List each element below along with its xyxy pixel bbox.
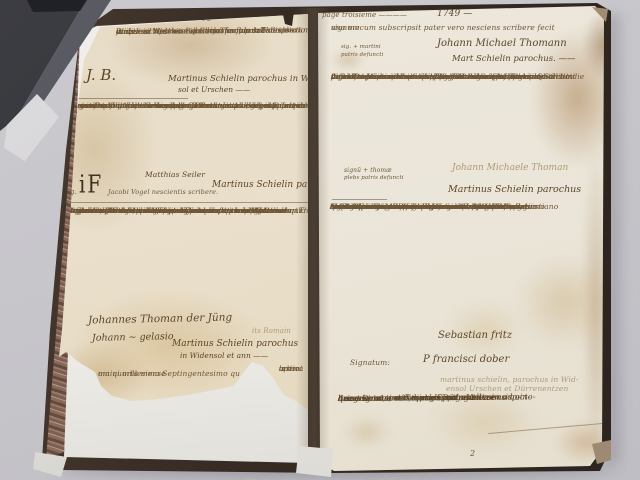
right-dober-signature: P francisci dober	[423, 354, 509, 365]
entry-divider	[68, 202, 308, 203]
manuscript-line: omnes una mecum subscripserunt	[68, 206, 202, 215]
left-witness1-signature: Johannes Thoman der Jüng	[88, 311, 232, 326]
entry-divider	[76, 98, 188, 99]
left-sig-note: Jacobi Vogel nescientis scribere.	[108, 188, 218, 196]
right-witness-signature: Sebastian fritz	[438, 330, 512, 341]
right-year-heading: 1749 —	[437, 9, 472, 19]
left-entry1-parson2: sol et Urschen ——	[178, 85, 250, 94]
manuscript-line: ter defuncti nesciens scribere fecit sig…	[331, 72, 511, 81]
right-entry2-parson: Martinus Schielin parochus	[448, 184, 581, 195]
manuscript-line: is	[279, 365, 285, 374]
left-witness2-signature: Johann ~ gelasio	[92, 331, 174, 344]
manuscript-line: et ipse scripsi ac subscripsi in fidem T…	[116, 25, 294, 36]
right-entry2-sig-small1: signū + thomæ	[344, 167, 392, 174]
manuscript-line: una mecum subscripsit pater vero nescien…	[331, 23, 555, 32]
stain	[515, 255, 615, 350]
left-entry2-witness: Matthias Seiler	[145, 170, 205, 179]
manuscript-line: ma quarta mense	[98, 369, 166, 378]
right-signatum-label: Signatum:	[350, 358, 390, 367]
left-entry1-flourish: J. B.	[86, 66, 116, 84]
manuscript-line: entzen qui una mecum subscripserunt	[72, 101, 221, 110]
manuscript-photo: anno 1748 amissi in coemeterio Ecclesiae…	[0, 0, 640, 480]
right-entry2-faded-signature: Johann Michaele Thoman	[452, 163, 568, 173]
right-entry1-witness-signature: Johann Michael Thomann	[437, 38, 567, 49]
right-entry1-sig-small2: patris defuncti	[341, 52, 383, 58]
entry-divider	[332, 199, 387, 200]
left-parson-signature2: in Widensol et ann ——	[180, 351, 268, 360]
right-entry1-parson: Mart Schielin parochus. ——	[452, 54, 576, 64]
right-faded-parson1: martinus schielin, parochus in Wid-	[440, 375, 578, 384]
page-number: 2	[470, 449, 475, 458]
gutter-shadow	[296, 8, 330, 466]
stain	[342, 415, 392, 449]
manuscript-line: signum.	[330, 202, 361, 211]
right-entry1-sig-small1: sig. + martini	[341, 44, 381, 50]
manuscript-line: signum	[331, 23, 359, 32]
right-entry2-sig-small2: plebs patris defuncti	[344, 175, 404, 181]
left-faded-note: its Romain	[252, 327, 291, 335]
left-sig-mark-IF: iF	[79, 170, 103, 199]
manuscript-line: erant ignota, sed tantummodo Vellare	[338, 393, 495, 403]
left-parson-signature: Martinus Schielin parochus	[172, 339, 298, 349]
